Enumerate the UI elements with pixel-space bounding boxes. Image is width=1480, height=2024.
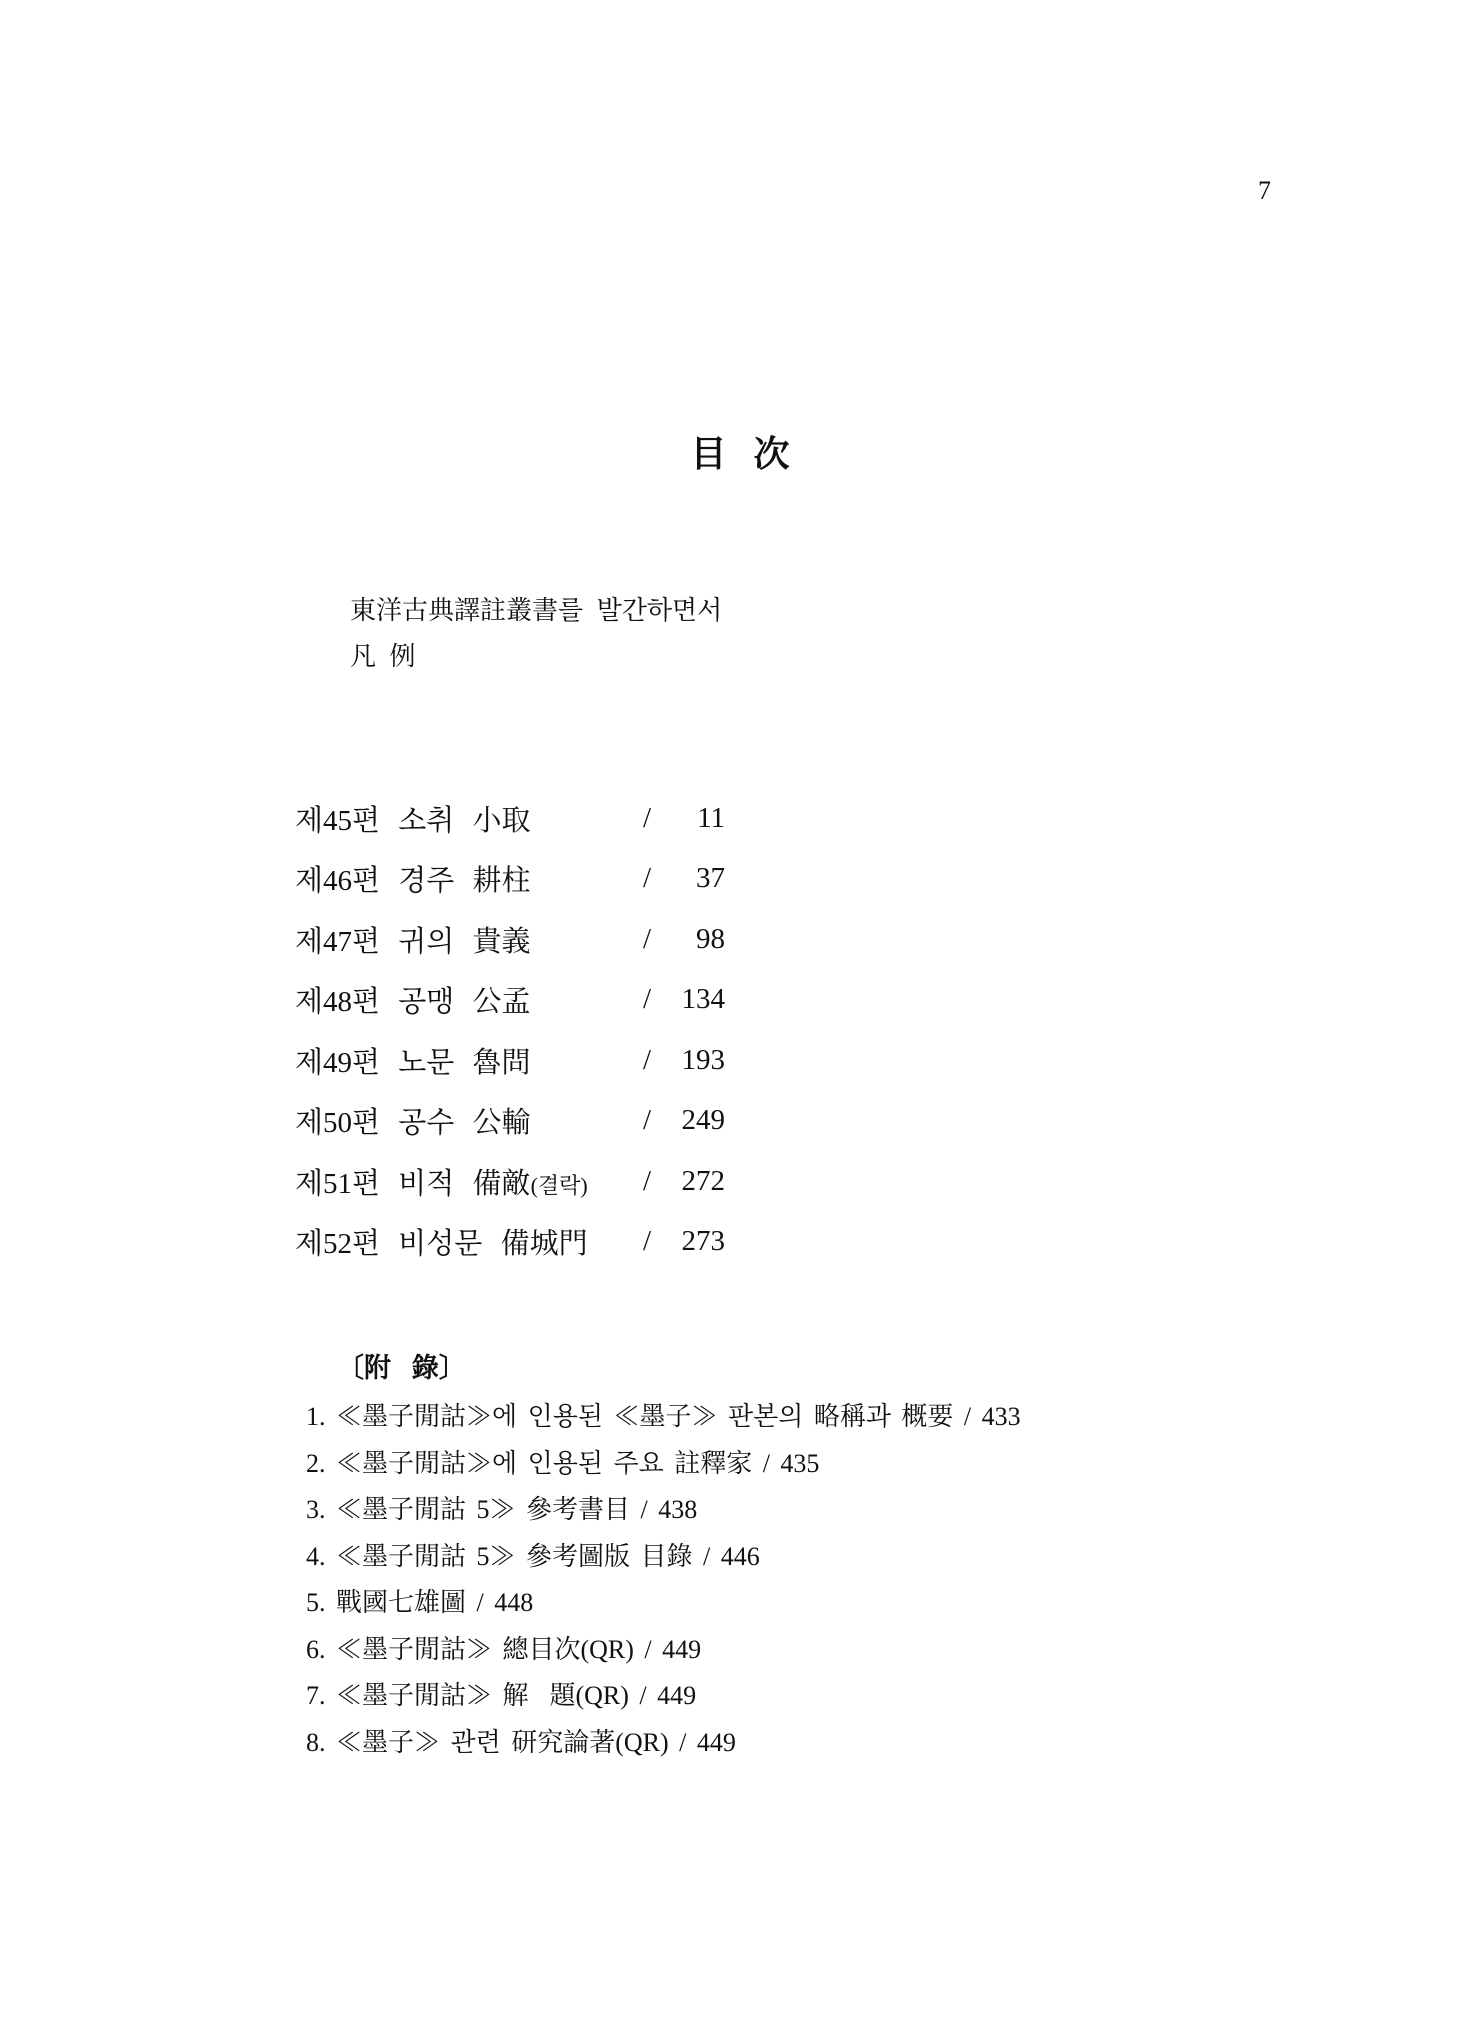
chapter-row: 제48편 공맹 公孟 /134	[295, 970, 725, 1031]
appendix-item: 8. ≪墨子≫ 관련 研究論著(QR) / 449	[306, 1720, 1021, 1767]
chapter-title: 제46편 경주 耕柱	[295, 858, 531, 899]
document-page: 7 目 次 東洋古典譯註叢書를 발간하면서 凡 例 제45편 소취 小取 /11…	[0, 0, 1480, 2024]
chapter-row: 제45편 소취 小取 /11	[295, 788, 725, 849]
chapter-row: 제47편 귀의 貴義 /98	[295, 909, 725, 970]
chapter-page: 11	[697, 802, 725, 835]
chapter-row: 제49편 노문 魯問 /193	[295, 1030, 725, 1091]
chapter-page: 249	[682, 1104, 726, 1137]
chapter-note: (결락)	[531, 1173, 588, 1198]
front-matter: 東洋古典譯註叢書를 발간하면서 凡 例	[350, 588, 722, 680]
chapter-title: 제48편 공맹 公孟	[295, 979, 531, 1020]
separator-slash: /	[643, 1044, 651, 1077]
chapter-title: 제50편 공수 公輸	[295, 1100, 531, 1141]
appendix-item: 4. ≪墨子閒詁 5≫ 參考圖版 目錄 / 446	[306, 1534, 1021, 1581]
page-number: 7	[1258, 176, 1272, 206]
chapter-page-col: /98	[643, 923, 725, 956]
chapter-page: 272	[682, 1165, 726, 1198]
chapter-row: 제52편 비성문 備城門 /273	[295, 1212, 725, 1273]
chapter-title: 제52편 비성문 備城門	[295, 1221, 588, 1262]
appendix-item: 6. ≪墨子閒詁≫ 總目次(QR) / 449	[306, 1627, 1021, 1674]
separator-slash: /	[643, 802, 651, 835]
chapter-page: 98	[696, 923, 725, 956]
chapter-page: 193	[682, 1044, 726, 1077]
appendix-item: 3. ≪墨子閒詁 5≫ 參考書目 / 438	[306, 1487, 1021, 1534]
front-matter-item: 凡 例	[350, 634, 722, 680]
appendix-item: 5. 戰國七雄圖 / 448	[306, 1580, 1021, 1627]
separator-slash: /	[643, 1165, 651, 1198]
chapter-page-col: /272	[643, 1165, 725, 1198]
chapter-title: 제47편 귀의 貴義	[295, 919, 531, 960]
chapter-title: 제45편 소취 小取	[295, 798, 531, 839]
chapter-page-col: /37	[643, 862, 725, 895]
appendix-heading: 〔附 錄〕	[337, 1346, 466, 1385]
separator-slash: /	[643, 983, 651, 1016]
appendix-list: 1. ≪墨子閒詁≫에 인용된 ≪墨子≫ 판본의 略稱과 概要 / 433 2. …	[306, 1394, 1021, 1766]
chapter-page-col: /249	[643, 1104, 725, 1137]
separator-slash: /	[643, 1104, 651, 1137]
appendix-item: 1. ≪墨子閒詁≫에 인용된 ≪墨子≫ 판본의 略稱과 概要 / 433	[306, 1394, 1021, 1441]
chapter-page: 37	[696, 862, 725, 895]
separator-slash: /	[643, 862, 651, 895]
chapter-page-col: /193	[643, 1044, 725, 1077]
chapter-row: 제46편 경주 耕柱 /37	[295, 849, 725, 910]
chapter-page: 134	[682, 983, 726, 1016]
front-matter-item: 東洋古典譯註叢書를 발간하면서	[350, 588, 722, 634]
chapter-row: 제51편 비적 備敵(결락) /272	[295, 1151, 725, 1212]
chapter-row: 제50편 공수 公輸 /249	[295, 1091, 725, 1152]
separator-slash: /	[643, 1225, 651, 1258]
separator-slash: /	[643, 923, 651, 956]
chapter-page-col: /11	[643, 802, 725, 835]
chapter-title: 제51편 비적 備敵(결락)	[295, 1161, 588, 1202]
appendix-item: 2. ≪墨子閒詁≫에 인용된 주요 註釋家 / 435	[306, 1441, 1021, 1488]
chapter-page: 273	[682, 1225, 726, 1258]
page-title: 目 次	[0, 426, 1480, 477]
chapter-page-col: /273	[643, 1225, 725, 1258]
chapter-page-col: /134	[643, 983, 725, 1016]
chapter-list: 제45편 소취 小取 /11 제46편 경주 耕柱 /37 제47편 귀의 貴義…	[295, 788, 725, 1272]
chapter-title-text: 제51편 비적 備敵	[295, 1168, 531, 1200]
chapter-title: 제49편 노문 魯問	[295, 1040, 531, 1081]
appendix-item: 7. ≪墨子閒詁≫ 解 題(QR) / 449	[306, 1673, 1021, 1720]
